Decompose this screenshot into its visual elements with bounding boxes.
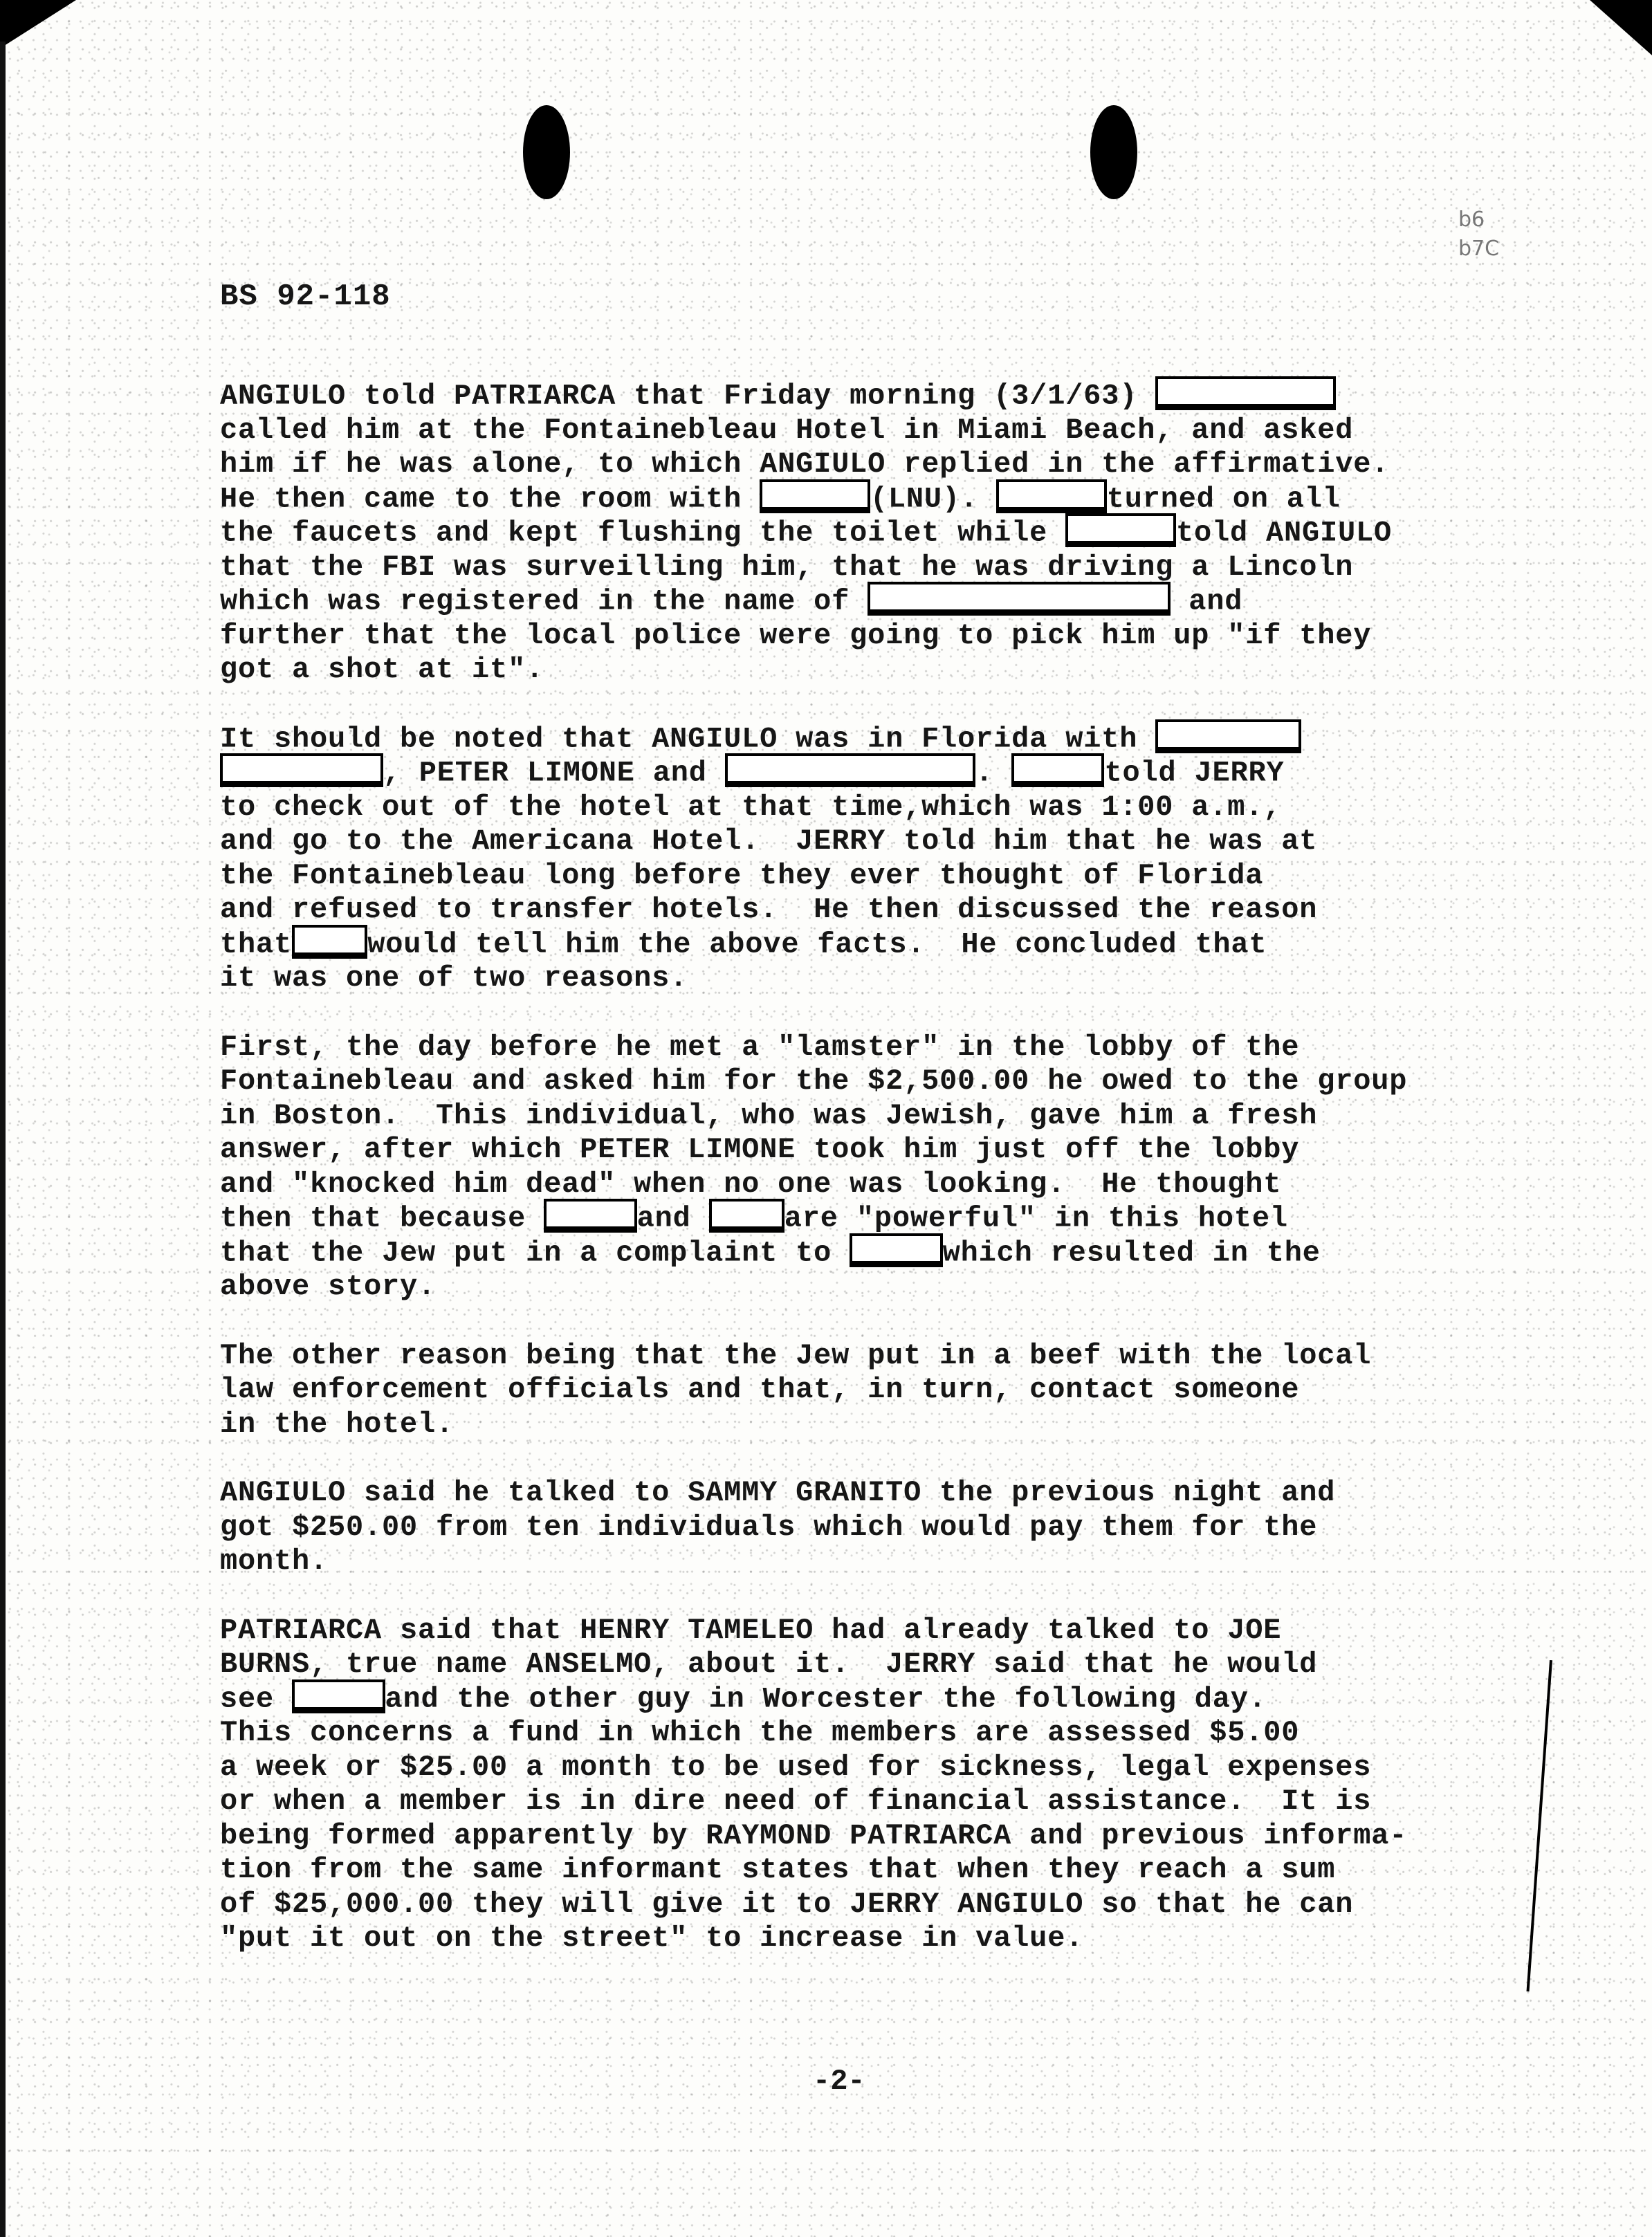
text-line: being formed apparently by RAYMOND PATRI… [220, 1819, 1604, 1854]
text-line: law enforcement officials and that, in t… [220, 1373, 1604, 1408]
text-segment: This concerns a fund in which the member… [220, 1716, 1299, 1749]
text-line: the faucets and kept flushing the toilet… [220, 516, 1604, 551]
redaction-box [760, 479, 870, 513]
text-line: above story. [220, 1270, 1604, 1305]
redaction-box [1155, 719, 1301, 753]
paragraph: ANGIULO told PATRIARCA that Friday morni… [220, 379, 1604, 688]
text-line: First, the day before he met a "lamster"… [220, 1031, 1604, 1065]
text-line: in the hotel. [220, 1408, 1604, 1442]
text-segment: the faucets and kept flushing the toilet… [220, 517, 1065, 550]
text-segment: above story. [220, 1270, 436, 1303]
text-line: tion from the same informant states that… [220, 1853, 1604, 1888]
text-segment: got a shot at it". [220, 653, 544, 686]
paragraph: ANGIULO said he talked to SAMMY GRANITO … [220, 1476, 1604, 1579]
redaction-box [996, 479, 1107, 513]
redaction-box [220, 753, 383, 787]
redaction-box [868, 582, 1171, 616]
file-number: BS 92-118 [220, 279, 391, 314]
text-line: got a shot at it". [220, 653, 1604, 688]
text-segment: told JERRY [1104, 757, 1284, 790]
paragraph: The other reason being that the Jew put … [220, 1339, 1604, 1442]
text-line: the Fontainebleau long before they ever … [220, 859, 1604, 894]
text-segment: it was one of two reasons. [220, 961, 688, 995]
text-segment: It should be noted that ANGIULO was in F… [220, 722, 1155, 755]
text-segment: which was registered in the name of [220, 585, 868, 618]
text-segment: month. [220, 1545, 328, 1578]
text-segment: ANGIULO told PATRIARCA that Friday morni… [220, 380, 1155, 413]
text-line: or when a member is in dire need of fina… [220, 1785, 1604, 1819]
paragraph: PATRIARCA said that HENRY TAMELEO had al… [220, 1614, 1604, 1956]
text-segment: and [637, 1202, 709, 1235]
text-line: "put it out on the street" to increase i… [220, 1922, 1604, 1956]
text-line: Fontainebleau and asked him for the $2,5… [220, 1065, 1604, 1099]
text-segment: being formed apparently by RAYMOND PATRI… [220, 1819, 1407, 1852]
text-line: in Boston. This individual, who was Jewi… [220, 1099, 1604, 1134]
paragraph: It should be noted that ANGIULO was in F… [220, 722, 1604, 996]
text-line: BURNS, true name ANSELMO, about it. JERR… [220, 1648, 1604, 1682]
text-line: PATRIARCA said that HENRY TAMELEO had al… [220, 1614, 1604, 1648]
text-line: It should be noted that ANGIULO was in F… [220, 722, 1604, 757]
text-line: it was one of two reasons. [220, 961, 1604, 996]
text-line: called him at the Fontainebleau Hotel in… [220, 414, 1604, 448]
text-line: got $250.00 from ten individuals which w… [220, 1511, 1604, 1545]
text-segment: of $25,000.00 they will give it to JERRY… [220, 1888, 1353, 1921]
text-segment: answer, after which PETER LIMONE took hi… [220, 1133, 1299, 1166]
text-segment: PATRIARCA said that HENRY TAMELEO had al… [220, 1614, 1281, 1647]
page-number: -2- [813, 2065, 865, 2098]
text-line: The other reason being that the Jew put … [220, 1339, 1604, 1374]
exemption-code-b6: b6 [1458, 208, 1485, 232]
redaction-box [1011, 753, 1105, 787]
text-line: This concerns a fund in which the member… [220, 1716, 1604, 1751]
text-segment: , PETER LIMONE and [383, 757, 725, 790]
text-segment: and [1171, 585, 1242, 618]
text-line: of $25,000.00 they will give it to JERRY… [220, 1888, 1604, 1922]
punch-hole-icon [523, 105, 570, 199]
text-line: ANGIULO told PATRIARCA that Friday morni… [220, 379, 1604, 414]
text-segment: him if he was alone, to which ANGIULO re… [220, 448, 1389, 481]
text-line: He then came to the room with (LNU). tur… [220, 482, 1604, 517]
text-segment: Fontainebleau and asked him for the $2,5… [220, 1065, 1407, 1098]
redaction-box [725, 753, 975, 787]
redaction-box [292, 925, 367, 959]
text-line: month. [220, 1545, 1604, 1579]
text-segment: "put it out on the street" to increase i… [220, 1922, 1083, 1955]
punch-hole-icon [1090, 105, 1137, 199]
text-line: thatwould tell him the above facts. He c… [220, 928, 1604, 962]
text-segment: He then came to the room with [220, 482, 760, 515]
text-segment: or when a member is in dire need of fina… [220, 1785, 1371, 1818]
text-segment: got $250.00 from ten individuals which w… [220, 1511, 1317, 1544]
text-segment: turned on all [1107, 482, 1341, 515]
text-segment: told ANGIULO [1176, 517, 1392, 550]
text-segment: further that the local police were going… [220, 619, 1371, 652]
redaction-box [544, 1199, 637, 1233]
text-line: then that because and are "powerful" in … [220, 1202, 1604, 1236]
text-line: answer, after which PETER LIMONE took hi… [220, 1133, 1604, 1168]
text-segment: (LNU). [870, 482, 996, 515]
text-line: that the Jew put in a complaint to which… [220, 1236, 1604, 1271]
text-segment: and the other guy in Worcester the follo… [385, 1682, 1267, 1715]
text-line: a week or $25.00 a month to be used for … [220, 1751, 1604, 1785]
text-segment: and go to the Americana Hotel. JERRY tol… [220, 825, 1317, 858]
text-line: which was registered in the name of and [220, 584, 1604, 619]
text-line: and "knocked him dead" when no one was l… [220, 1168, 1604, 1202]
text-line: him if he was alone, to which ANGIULO re… [220, 448, 1604, 482]
text-segment: ANGIULO said he talked to SAMMY GRANITO … [220, 1476, 1335, 1509]
text-line: that the FBI was surveilling him, that h… [220, 551, 1604, 585]
redaction-box [1065, 513, 1176, 547]
text-segment: and "knocked him dead" when no one was l… [220, 1168, 1281, 1201]
scan-corner-right [1590, 0, 1652, 55]
text-line: and refused to transfer hotels. He then … [220, 893, 1604, 928]
text-segment: that [220, 928, 292, 961]
text-segment: in the hotel. [220, 1408, 454, 1441]
text-segment: a week or $25.00 a month to be used for … [220, 1751, 1371, 1784]
text-segment: are "powerful" in this hotel [784, 1202, 1288, 1235]
redaction-box [709, 1199, 784, 1233]
redaction-box [1155, 376, 1336, 410]
redaction-box [292, 1679, 385, 1713]
text-line: to check out of the hotel at that time,w… [220, 791, 1604, 825]
text-segment: see [220, 1682, 292, 1715]
scan-corner-left [0, 0, 76, 48]
paragraph: First, the day before he met a "lamster"… [220, 1031, 1604, 1305]
document-body: ANGIULO told PATRIARCA that Friday morni… [220, 379, 1604, 1991]
text-line: , PETER LIMONE and . told JERRY [220, 756, 1604, 791]
text-line: ANGIULO said he talked to SAMMY GRANITO … [220, 1476, 1604, 1511]
text-segment: law enforcement officials and that, in t… [220, 1373, 1299, 1406]
text-segment: . [975, 757, 1011, 790]
exemption-code-b7c: b7C [1458, 237, 1499, 261]
text-line: and go to the Americana Hotel. JERRY tol… [220, 825, 1604, 859]
text-segment: the Fontainebleau long before they ever … [220, 859, 1263, 892]
scan-edge [0, 42, 6, 2237]
text-segment: in Boston. This individual, who was Jewi… [220, 1099, 1317, 1132]
text-segment: tion from the same informant states that… [220, 1853, 1335, 1886]
text-segment: The other reason being that the Jew put … [220, 1339, 1371, 1372]
text-segment: and refused to transfer hotels. He then … [220, 893, 1317, 926]
text-segment: which resulted in the [943, 1236, 1321, 1269]
text-line: further that the local police were going… [220, 619, 1604, 654]
text-segment: First, the day before he met a "lamster"… [220, 1031, 1299, 1064]
text-segment: that the Jew put in a complaint to [220, 1236, 850, 1269]
text-segment: to check out of the hotel at that time,w… [220, 791, 1281, 824]
text-segment: then that because [220, 1202, 544, 1235]
text-segment: BURNS, true name ANSELMO, about it. JERR… [220, 1648, 1317, 1681]
redaction-box [850, 1233, 943, 1267]
text-segment: would tell him the above facts. He concl… [367, 928, 1267, 961]
text-segment: that the FBI was surveilling him, that h… [220, 551, 1353, 584]
text-segment: called him at the Fontainebleau Hotel in… [220, 414, 1353, 447]
text-line: see and the other guy in Worcester the f… [220, 1682, 1604, 1717]
